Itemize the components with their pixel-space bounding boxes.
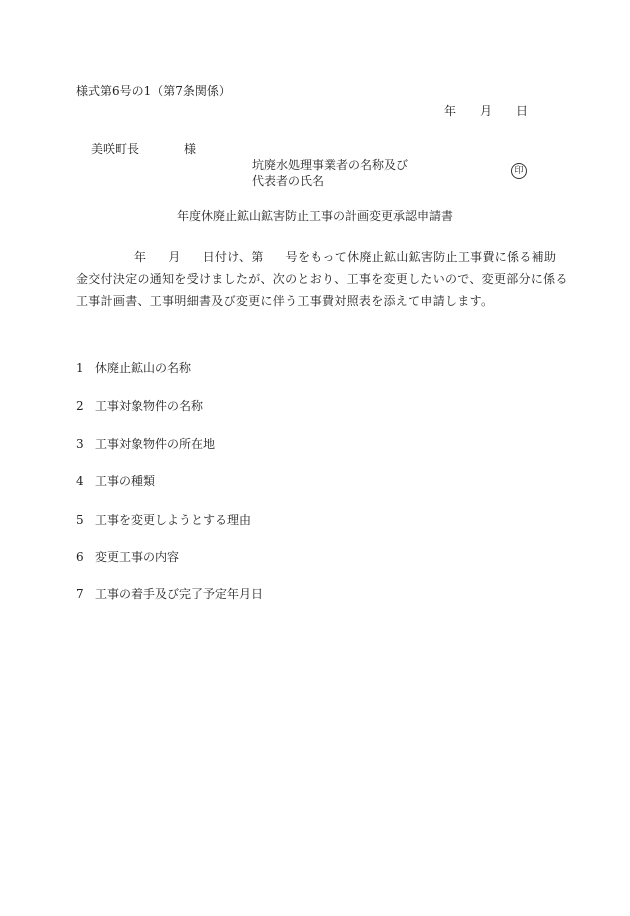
body-line-3: 工事計画書、工事明細書及び変更に伴う工事費対照表を添えて申請します。 xyxy=(76,290,552,312)
list-item: 1休廃止鉱山の名称 xyxy=(76,360,191,376)
list-item: 4工事の種類 xyxy=(76,473,155,489)
list-item: 5工事を変更しようとする理由 xyxy=(76,512,251,528)
applicant-line-2: 代表者の氏名 xyxy=(252,173,408,189)
date-line: 年月日 xyxy=(444,103,528,119)
list-item: 2工事対象物件の名称 xyxy=(76,398,203,414)
applicant-block: 坑廃水処理事業者の名称及び 代表者の氏名 xyxy=(252,157,408,189)
seal-icon: 印 xyxy=(511,163,527,179)
applicant-line-1: 坑廃水処理事業者の名称及び xyxy=(252,157,408,173)
list-item: 7工事の着手及び完了予定年月日 xyxy=(76,586,263,602)
date-month: 月 xyxy=(480,103,492,119)
date-year: 年 xyxy=(444,103,456,119)
list-item: 3工事対象物件の所在地 xyxy=(76,436,215,452)
date-day: 日 xyxy=(516,103,528,119)
honorific: 様 xyxy=(184,141,196,157)
form-number: 様式第6号の1（第7条関係） xyxy=(76,83,231,99)
body-paragraph: 年月日付け、第号をもって休廃止鉱山鉱害防止工事費に係る補助 金交付決定の通知を受… xyxy=(76,246,552,312)
body-line-2: 金交付決定の通知を受けましたが、次のとおり、工事を変更したいので、変更部分に係る xyxy=(76,268,552,290)
document-title: 年度休廃止鉱山鉱害防止工事の計画変更承認申請書 xyxy=(177,208,453,224)
list-item: 6変更工事の内容 xyxy=(76,549,179,565)
addressee: 美咲町長 xyxy=(91,141,139,157)
body-line-1: 年月日付け、第号をもって休廃止鉱山鉱害防止工事費に係る補助 xyxy=(76,246,552,268)
